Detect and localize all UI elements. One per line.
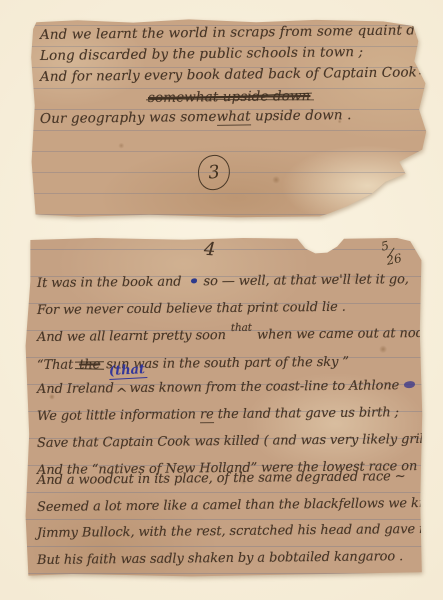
line-text: when we came out at noon bbox=[257, 326, 432, 343]
paper-surface: 4 5 / 26 It was in the book andso — well… bbox=[24, 237, 423, 577]
line-text: upside down . bbox=[251, 107, 352, 124]
manuscript-fragment-top: And we learnt the world in scraps from s… bbox=[30, 17, 427, 218]
verse-line: For we never could believe that print co… bbox=[37, 293, 423, 324]
verse-line: Our geography was somewhat upside down . bbox=[40, 104, 425, 130]
inserted-word: that bbox=[231, 322, 252, 334]
verse-line: But his faith was sadly shaken by a bobt… bbox=[37, 543, 423, 574]
line-text: We got little information bbox=[37, 407, 200, 424]
verse-line: It was in the book andso — well, at that… bbox=[37, 266, 423, 297]
page-number: 4 bbox=[203, 239, 216, 261]
line-text: : bbox=[417, 378, 425, 393]
line-text: Long discarded by the public schools in … bbox=[40, 44, 363, 64]
line-text: And we all learnt pretty soon bbox=[37, 328, 226, 345]
line-text: Our geography was some bbox=[40, 109, 217, 127]
line-text: Seemed a lot more like a camel than the … bbox=[37, 495, 443, 514]
verse-line: And Ireland^was known from the coast-lin… bbox=[37, 372, 423, 403]
paper-surface: And we learnt the world in scraps from s… bbox=[30, 17, 427, 218]
line-text: Jimmy Bullock, with the rest, scratched … bbox=[37, 521, 443, 541]
stanza-3: And a woodcut in its place, of the same … bbox=[37, 468, 423, 574]
line-text: “That bbox=[37, 358, 73, 373]
underlined-text: re bbox=[200, 407, 214, 423]
line-text: It was in the book and bbox=[37, 274, 182, 291]
line-text: And a woodcut in its place, of the same … bbox=[37, 469, 406, 488]
line-text: And we learnt the world in scraps from s… bbox=[40, 22, 443, 43]
struck-text: our geography was bbox=[421, 63, 443, 81]
verse-line: And a woodcut in its place, of the same … bbox=[37, 464, 423, 495]
line-text: the land that gave us birth ; bbox=[214, 405, 399, 422]
scanned-manuscript-page: And we learnt the world in scraps from s… bbox=[0, 0, 443, 600]
caret-mark: ^ bbox=[116, 386, 128, 402]
line-text: And Ireland bbox=[37, 381, 114, 397]
corner-mark-slash: / bbox=[380, 247, 400, 260]
verse-line: Save that Captain Cook was killed ( and … bbox=[37, 426, 423, 457]
verse-line: We got little information re the land th… bbox=[37, 399, 423, 430]
page-number-circle: 3 bbox=[196, 153, 231, 191]
verse-line: Seemed a lot more like a camel than the … bbox=[37, 490, 423, 521]
line-text: For we never could believe that print co… bbox=[37, 300, 346, 318]
page-number: 3 bbox=[196, 153, 231, 191]
stanza-1: It was in the book andso — well, at that… bbox=[37, 270, 423, 379]
manuscript-fragment-bottom: 4 5 / 26 It was in the book andso — well… bbox=[24, 237, 423, 577]
line-text: And for nearly every book dated back of … bbox=[40, 64, 417, 85]
verse-line: Jimmy Bullock, with the rest, scratched … bbox=[37, 517, 423, 548]
struck-text: the bbox=[77, 357, 102, 372]
line-text: Save that Captain Cook was killed ( and … bbox=[37, 432, 443, 451]
verse-line: And we all learnt pretty soon that when … bbox=[37, 320, 423, 352]
line-text: so — well, at that we'll let it go, bbox=[203, 272, 408, 289]
line-text: was known from the coast-line to Athlone bbox=[129, 378, 399, 396]
line-text: But his faith was sadly shaken by a bobt… bbox=[37, 549, 403, 568]
struck-text: somewhat upside down bbox=[148, 88, 311, 106]
underlined-text: what bbox=[216, 108, 250, 125]
handwritten-verse: And we learnt the world in scraps from s… bbox=[40, 25, 425, 130]
ink-dot bbox=[190, 278, 196, 283]
verse-line: And for nearly every book dated back of … bbox=[40, 62, 425, 88]
ink-blot bbox=[404, 381, 415, 388]
